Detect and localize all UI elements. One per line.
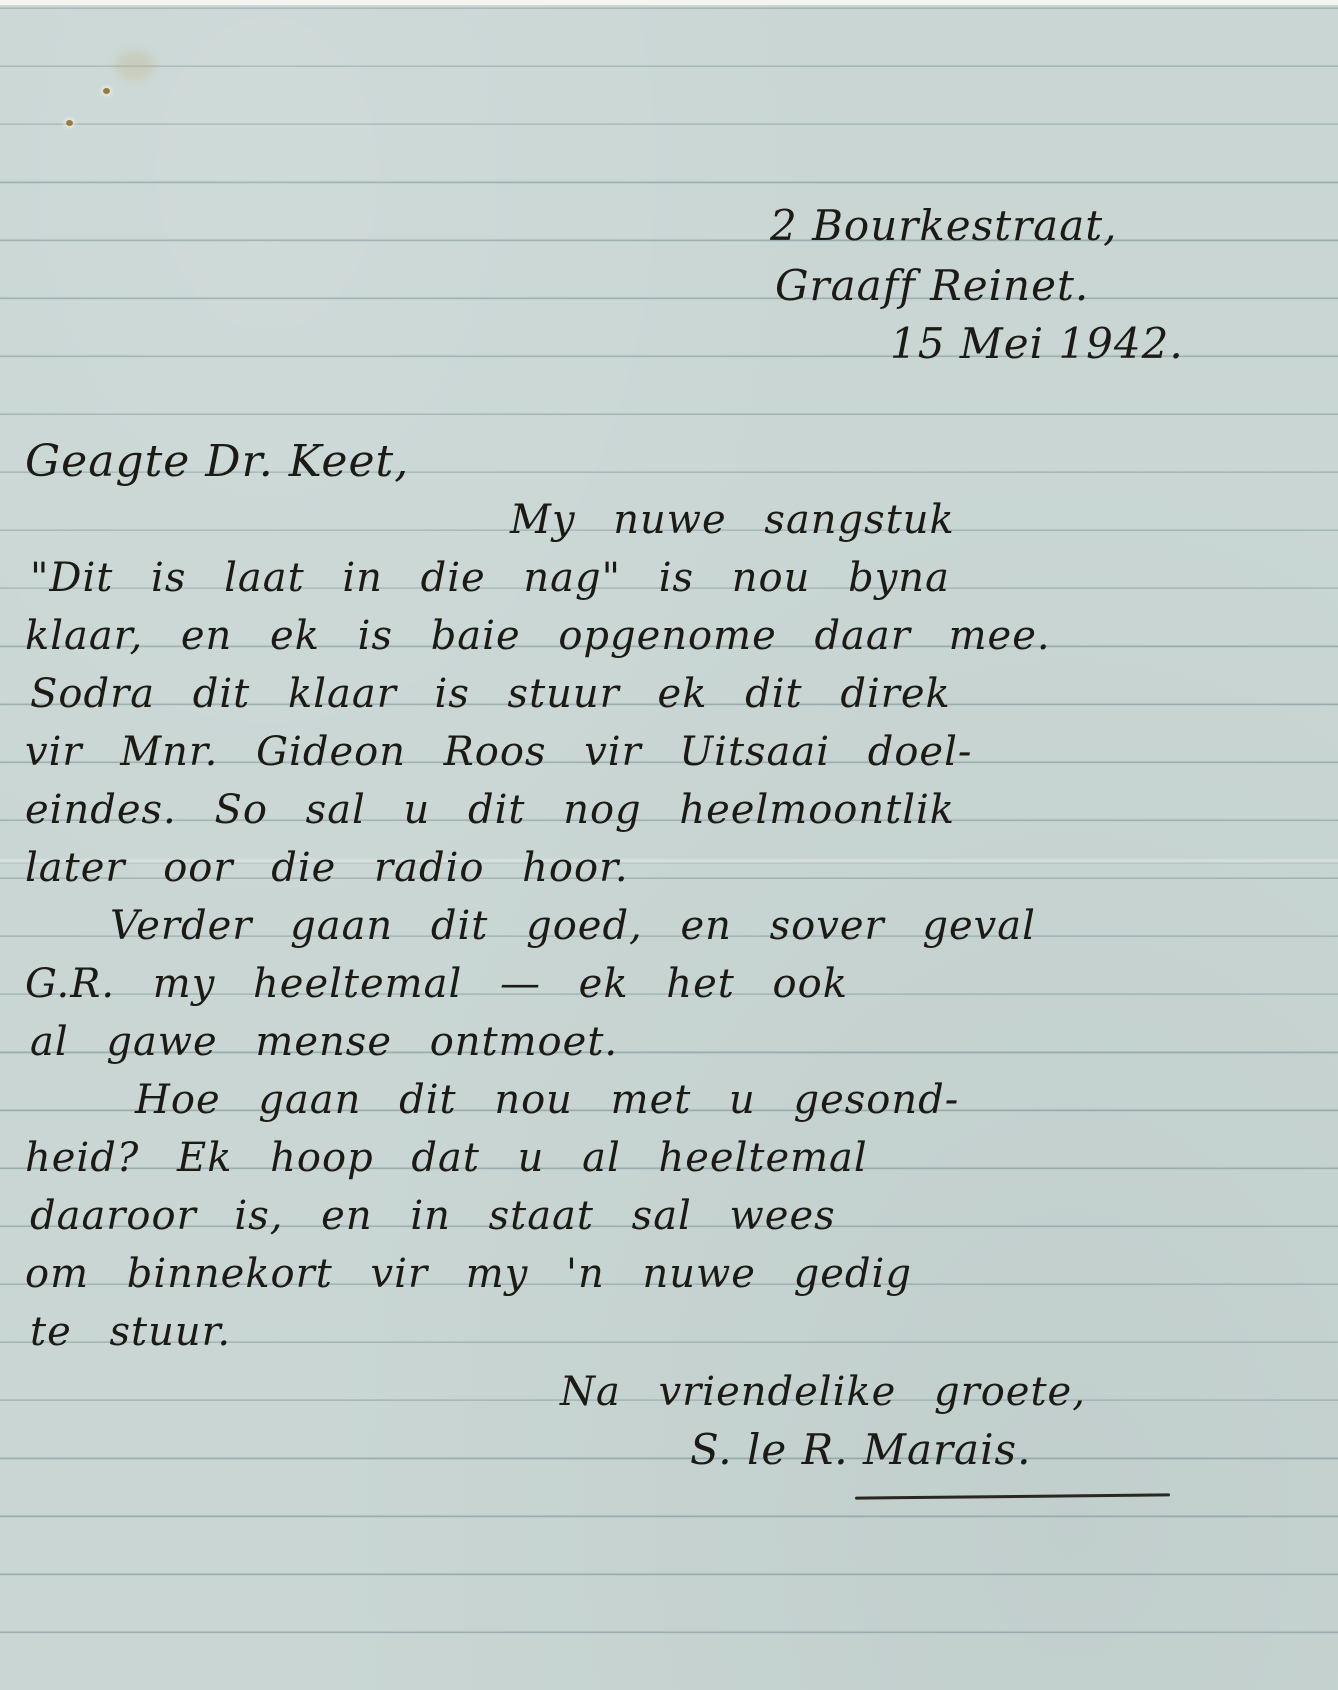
closing: Na vriendelike groete, [560,1363,1086,1421]
salutation: Geagte Dr. Keet, [25,433,409,491]
body-line: klaar, en ek is baie opgenome daar mee. [25,607,1051,665]
body-line: Hoe gaan dit nou met u gesond- [135,1071,959,1129]
signature-underline [855,1493,1170,1499]
body-line: eindes. So sal u dit nog heelmoontlik [25,781,955,839]
body-line: G.R. my heeltemal — ek het ook [25,955,848,1013]
body-line: om binnekort vir my 'n nuwe gedig [25,1245,912,1303]
signature: S. le R. Marais. [690,1421,1031,1479]
body-line: Verder gaan dit goed, en sover geval [110,897,1036,955]
address-town: Graaff Reinet. [775,257,1089,315]
body-line: heid? Ek hoop dat u al heeltemal [25,1129,868,1187]
body-line: al gawe mense ontmoet. [30,1013,618,1071]
letter-date: 15 Mei 1942. [890,315,1184,373]
address-street: 2 Bourkestraat, [770,197,1117,255]
paper-stain [115,50,155,80]
body-line: later oor die radio hoor. [25,839,629,897]
letter-page: 2 Bourkestraat, Graaff Reinet. 15 Mei 19… [0,5,1338,1690]
body-line: te stuur. [30,1303,231,1361]
body-line: My nuwe sangstuk [510,491,955,549]
body-line: vir Mnr. Gideon Roos vir Uitsaai doel- [25,723,972,781]
pin-hole [103,88,110,94]
body-line: "Dit is laat in die nag" is nou byna [30,549,950,607]
body-line: daaroor is, en in staat sal wees [30,1187,836,1245]
body-line: Sodra dit klaar is stuur ek dit direk [30,665,951,723]
pin-hole [66,120,73,126]
